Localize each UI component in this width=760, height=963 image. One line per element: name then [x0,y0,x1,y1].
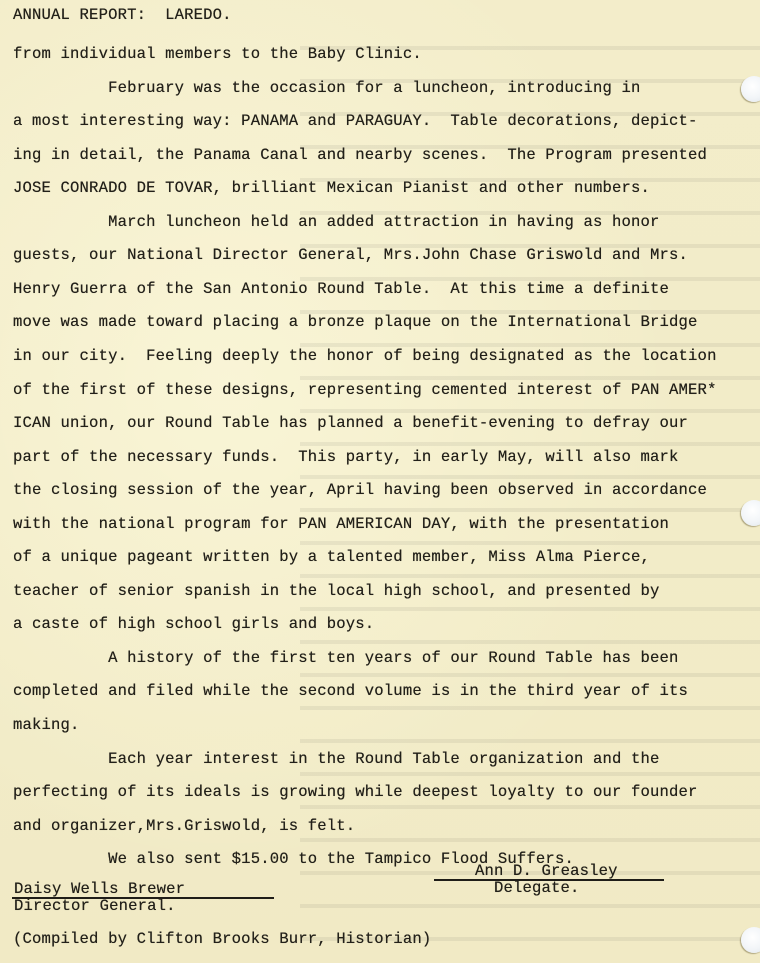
signature-right-name: Ann D. Greasley [475,862,618,880]
body-line: from individual members to the Baby Clin… [13,45,422,63]
compiled-by-footer: (Compiled by Clifton Brooks Burr, Histor… [13,930,431,948]
body-line: in our city. Feeling deeply the honor of… [13,347,717,365]
document-page: ANNUAL REPORT: LAREDO. from individual m… [0,0,760,963]
body-line: Each year interest in the Round Table or… [13,750,660,768]
body-line: of a unique pageant written by a talente… [13,548,650,566]
signature-left-name: Daisy Wells Brewer [14,880,185,898]
punch-hole-middle [741,500,760,526]
body-line: move was made toward placing a bronze pl… [13,313,698,331]
body-line: the closing session of the year, April h… [13,481,707,499]
body-line: with the national program for PAN AMERIC… [13,515,669,533]
body-line: a caste of high school girls and boys. [13,615,374,633]
punch-hole-bottom [741,927,760,953]
body-line: JOSE CONRADO DE TOVAR, brilliant Mexican… [13,179,650,197]
body-line: teacher of senior spanish in the local h… [13,582,660,600]
report-header: ANNUAL REPORT: LAREDO. [13,6,232,24]
body-line: A history of the first ten years of our … [13,649,679,667]
signature-right-title: Delegate. [494,879,580,897]
body-line: a most interesting way: PANAMA and PARAG… [13,112,698,130]
body-line: making. [13,716,80,734]
body-line: Henry Guerra of the San Antonio Round Ta… [13,280,669,298]
body-line: part of the necessary funds. This party,… [13,448,679,466]
signature-left-title: Director General. [14,897,176,915]
body-line: February was the occasion for a luncheon… [13,79,641,97]
body-line: of the first of these designs, represent… [13,381,717,399]
punch-hole-top [741,76,760,102]
body-line: perfecting of its ideals is growing whil… [13,783,698,801]
body-line: March luncheon held an added attraction … [13,213,660,231]
body-line: guests, our National Director General, M… [13,246,688,264]
body-line: ICAN union, our Round Table has planned … [13,414,688,432]
body-line: ing in detail, the Panama Canal and near… [13,146,707,164]
body-line: completed and filed while the second vol… [13,682,688,700]
body-line: and organizer,Mrs.Griswold, is felt. [13,817,355,835]
